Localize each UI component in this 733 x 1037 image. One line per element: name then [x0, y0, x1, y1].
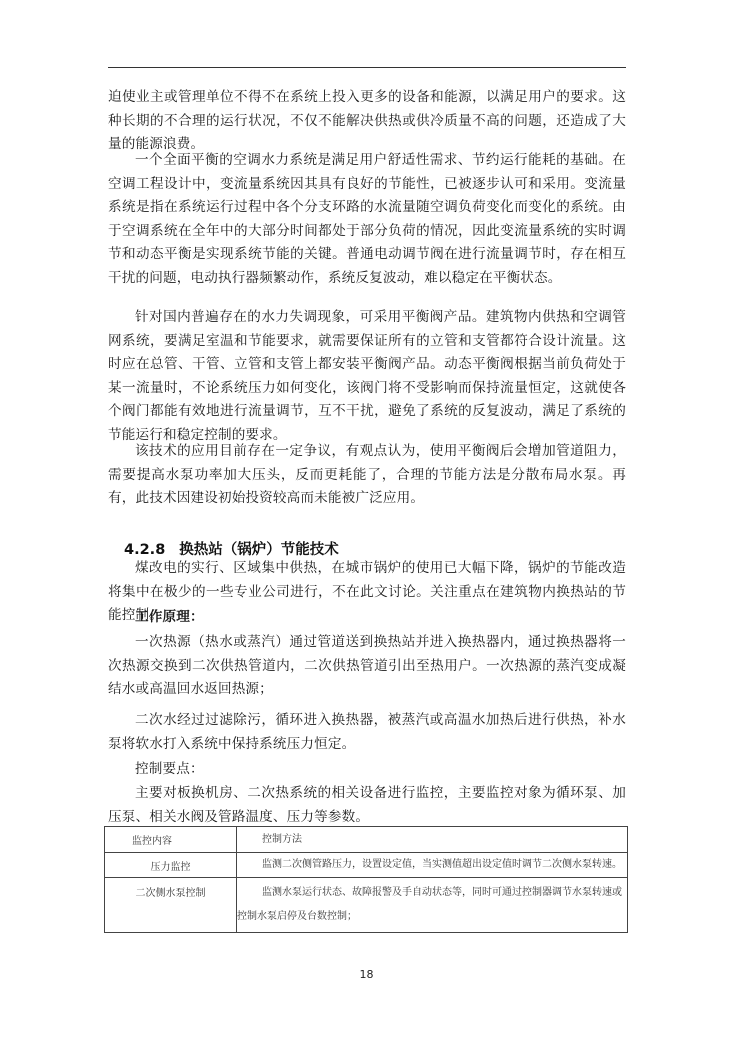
table-cell: 监测二次侧管路压力，设置设定值，当实测值超出设定值时调节二次侧水泵转速。 — [237, 853, 628, 878]
page-number: 18 — [0, 968, 733, 981]
table-cell: 监测水泵运行状态、故障报警及手自动状态等，同时可通过控制器调节水泵转速或控制水泵… — [237, 878, 628, 933]
paragraph-monitoring-scope: 主要对板换机房、二次热系统的相关设备进行监控，主要监控对象为循环泵、加压泵、相关… — [108, 782, 626, 829]
paragraph-continuation: 迫使业主或管理单位不得不在系统上投入更多的设备和能源，以满足用户的要求。这种长期… — [108, 86, 626, 157]
table-header-cell: 控制方法 — [237, 827, 628, 853]
section-heading: 4.2.8换热站（锅炉）节能技术 — [124, 538, 339, 559]
section-title: 换热站（锅炉）节能技术 — [179, 542, 339, 558]
table-cell: 压力监控 — [105, 853, 237, 878]
table-row: 二次侧水泵控制 监测水泵运行状态、故障报警及手自动状态等，同时可通过控制器调节水… — [105, 878, 628, 933]
header-rule — [108, 67, 626, 68]
section-number: 4.2.8 — [124, 542, 165, 558]
label-working-principle: 工作原理： — [108, 606, 626, 630]
control-table: 监控内容 控制方法 压力监控 监测二次侧管路压力，设置设定值，当实测值超出设定值… — [104, 826, 628, 933]
table-cell: 二次侧水泵控制 — [105, 878, 237, 933]
table-header-row: 监控内容 控制方法 — [105, 827, 628, 853]
table-row: 压力监控 监测二次侧管路压力，设置设定值，当实测值超出设定值时调节二次侧水泵转速… — [105, 853, 628, 878]
paragraph-balanced-hydraulic-system: 一个全面平衡的空调水力系统是满足用户舒适性需求、节约运行能耗的基础。在空调工程设… — [108, 149, 626, 291]
paragraph-primary-heat-source: 一次热源（热水或蒸汽）通过管道送到换热站并进入换热器内，通过换热器将一次热源交换… — [108, 631, 626, 702]
paragraph-controversy: 该技术的应用目前存在一定争议，有观点认为，使用平衡阀后会增加管道阻力，需要提高水… — [108, 440, 626, 511]
paragraph-secondary-water: 二次水经过过滤除污，循环进入换热器，被蒸汽或高温水加热后进行供热，补水泵将软水打… — [108, 709, 626, 756]
table-header-cell: 监控内容 — [105, 827, 237, 853]
label-control-points: 控制要点： — [108, 758, 626, 782]
paragraph-balance-valve: 针对国内普遍存在的水力失调现象，可采用平衡阀产品。建筑物内供热和空调管网系统，要… — [108, 306, 626, 448]
